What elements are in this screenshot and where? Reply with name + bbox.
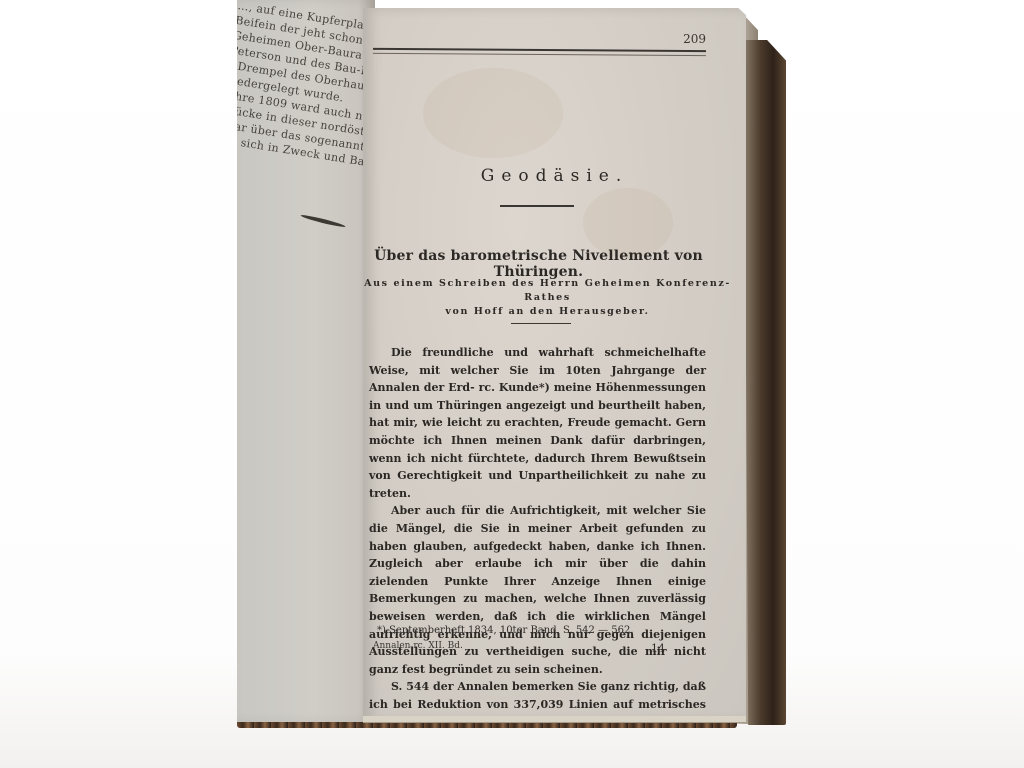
- right-page: 209 Geodäsie. Über das barometrische Niv…: [363, 8, 746, 722]
- paragraph: S. 544 der Annalen bemerken Sie ganz ric…: [369, 678, 706, 748]
- article-title: Über das barometrische Nivellement von T…: [371, 248, 706, 280]
- body-text: Die freundliche und wahrhaft schmeichelh…: [369, 344, 706, 749]
- signature-mark: Annalen rc. XII. Bd.: [373, 641, 463, 651]
- section-title: Geodäsie.: [363, 166, 746, 186]
- title-divider: [500, 205, 574, 207]
- left-page: …, auf eine Kupferplatte … Beifein der j…: [237, 0, 375, 722]
- footnote: *) Septemberheft 1834, 10ter Band, S. 54…: [377, 625, 634, 636]
- book-photo: …, auf eine Kupferplatte … Beifein der j…: [0, 0, 1024, 768]
- subtitle-line-2: von Hoff an den Herausgeber.: [363, 305, 732, 319]
- book-cover-edge: [744, 40, 786, 725]
- page-bottom-edge: [363, 716, 746, 723]
- header-rule: [373, 48, 706, 56]
- article-subtitle: Aus einem Schreiben des Herrn Geheimen K…: [363, 277, 732, 319]
- left-page-text: …, auf eine Kupferplatte … Beifein der j…: [237, 0, 375, 170]
- subtitle-line-1: Aus einem Schreiben des Herrn Geheimen K…: [363, 277, 732, 305]
- sheet-number: 14: [651, 642, 665, 655]
- paper-stain: [423, 68, 563, 158]
- subtitle-divider: [511, 323, 571, 324]
- page-number: 209: [683, 32, 706, 46]
- paragraph: Die freundliche und wahrhaft schmeichelh…: [369, 344, 706, 502]
